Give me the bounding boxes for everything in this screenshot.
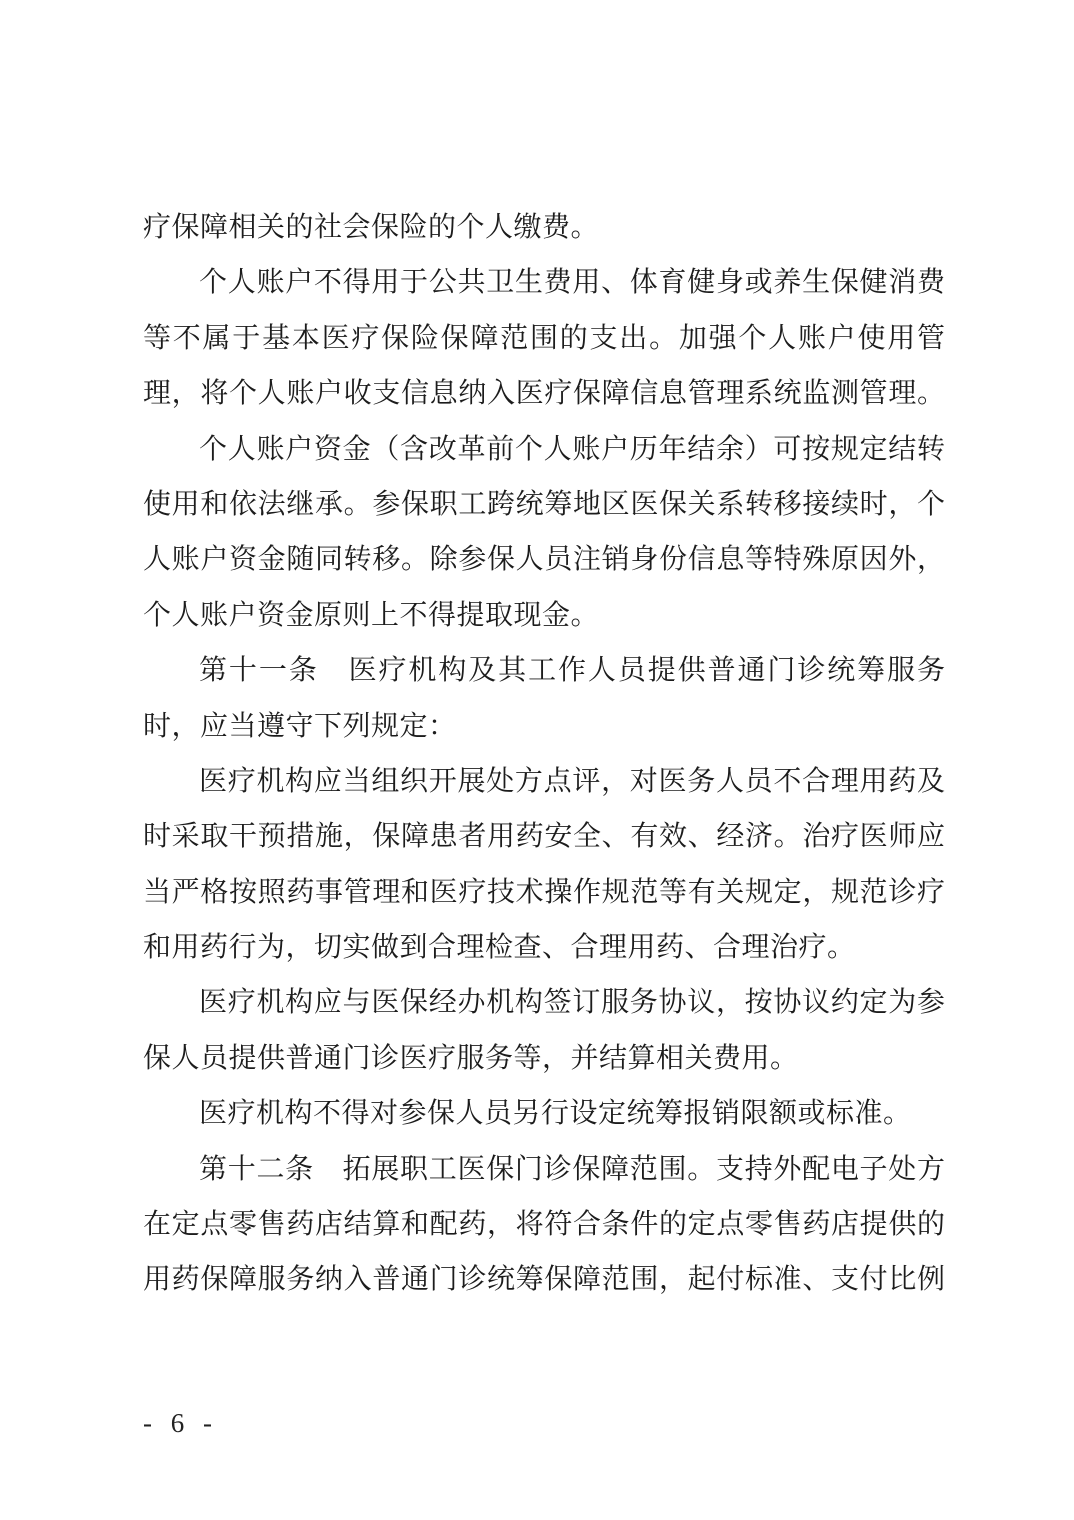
document-line: 在定点零售药店结算和配药，将符合条件的定点零售药店提供的	[143, 1197, 945, 1252]
document-line: 个人账户不得用于公共卫生费用、体育健身或养生保健消费	[143, 255, 945, 310]
document-line: 医疗机构应当组织开展处方点评，对医务人员不合理用药及	[143, 754, 945, 809]
document-line-article-11: 第十一条 医疗机构及其工作人员提供普通门诊统筹服务	[143, 643, 945, 698]
document-line: 人账户资金随同转移。除参保人员注销身份信息等特殊原因外，	[143, 532, 945, 587]
document-line: 保人员提供普通门诊医疗服务等，并结算相关费用。	[143, 1031, 945, 1086]
document-line: 使用和依法继承。参保职工跨统筹地区医保关系转移接续时，个	[143, 477, 945, 532]
document-line: 时，应当遵守下列规定：	[143, 699, 945, 754]
document-line: 个人账户资金（含改革前个人账户历年结余）可按规定结转	[143, 422, 945, 477]
document-line: 理，将个人账户收支信息纳入医疗保障信息管理系统监测管理。	[143, 366, 945, 421]
document-line: 用药保障服务纳入普通门诊统筹保障范围，起付标准、支付比例	[143, 1252, 945, 1307]
document-line: 医疗机构不得对参保人员另行设定统筹报销限额或标准。	[143, 1086, 945, 1141]
page-number: - 6 -	[143, 1406, 218, 1440]
document-line-article-12: 第十二条 拓展职工医保门诊保障范围。支持外配电子处方	[143, 1142, 945, 1197]
document-line: 等不属于基本医疗保险保障范围的支出。加强个人账户使用管	[143, 311, 945, 366]
document-line: 个人账户资金原则上不得提取现金。	[143, 588, 945, 643]
document-page: 疗保障相关的社会保险的个人缴费。 个人账户不得用于公共卫生费用、体育健身或养生保…	[0, 0, 1074, 1520]
document-line: 医疗机构应与医保经办机构签订服务协议，按协议约定为参	[143, 975, 945, 1030]
document-body: 疗保障相关的社会保险的个人缴费。 个人账户不得用于公共卫生费用、体育健身或养生保…	[143, 200, 945, 1308]
document-line: 和用药行为，切实做到合理检查、合理用药、合理治疗。	[143, 920, 945, 975]
document-line: 时采取干预措施，保障患者用药安全、有效、经济。治疗医师应	[143, 809, 945, 864]
document-line: 当严格按照药事管理和医疗技术操作规范等有关规定，规范诊疗	[143, 865, 945, 920]
document-line: 疗保障相关的社会保险的个人缴费。	[143, 200, 945, 255]
